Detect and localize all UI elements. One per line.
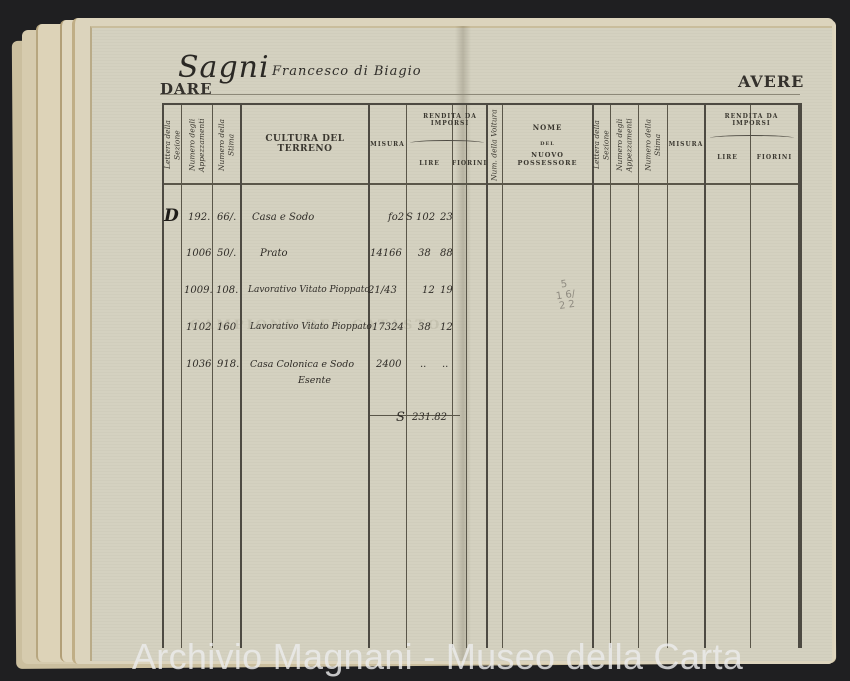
entry-lire: .. [420,359,426,370]
total-value: 231.82 [412,412,447,423]
entry-misura: 17324 [372,322,404,333]
entry-misura: 2400 [376,359,401,370]
entry-cultura: Casa Colonica e Sodo [250,359,354,370]
header-right-lire: LIRE [705,149,750,165]
entry-appezzamento: 1036 [186,359,211,370]
avere-heading: AVERE [738,72,804,91]
col-line [704,105,706,648]
col-line [406,105,407,648]
entry-fiorini: 23 [440,212,453,223]
entry-stima: 160 [217,322,236,333]
col-line [452,105,453,648]
entry-lire: S 102 [406,212,435,223]
entry-stima: 918. [217,359,239,370]
entry-stima: 66/. [217,212,236,223]
entry-cultura: Casa e Sodo [252,212,314,223]
header-right-lettera-sezione: Lettera della Sezione [593,109,610,181]
entry-appezzamento: 192. [188,212,210,223]
entry-sezione: D [164,206,179,226]
entry-appezzamento: 1009. [184,285,213,296]
dare-heading: DARE [160,80,213,98]
header-right-numero-stima: Numero della Stima [639,109,667,181]
header-del: DEL [503,139,592,149]
entry-lire: 12 [422,285,435,296]
header-lire: LIRE [407,153,452,173]
header-right-tilde-divider [710,135,794,141]
header-nuovo-possessore: NUOVO POSSESSORE [503,153,592,165]
entry-appezzamento: 1006 [186,248,211,259]
entry-fiorini: .. [442,359,448,370]
ledger-table: Lettera della Sezione Numero degli Appez… [162,103,802,648]
name-rule [160,94,800,95]
entry-fiorini: 88 [440,248,453,259]
col-line [592,105,594,648]
col-line [486,105,488,648]
header-numero-appezzamenti: Numero degli Appezzamenti [182,109,212,181]
col-line [240,105,242,648]
header-cultura-terreno: CULTURA DEL TERRENO [242,105,368,183]
col-line [798,105,800,648]
entry-misura: 21/43 [368,285,397,296]
entry-fiorini: 19 [440,285,453,296]
header-right-fiorini: FIORINI [751,149,798,165]
col-line [181,105,182,648]
col-line [638,105,639,648]
col-line [667,105,668,648]
header-lettera-sezione: Lettera della Sezione [164,109,181,181]
col-line [610,105,611,648]
owner-given-name: Francesco di Biagio [272,64,422,79]
header-right-misura: MISURA [668,105,704,183]
header-misura: MISURA [369,105,406,183]
entry-cultura-note: Esente [298,375,331,386]
header-tilde-divider [410,140,484,146]
entry-stima: 108. [216,285,238,296]
entry-lire: 38 [418,248,431,259]
col-line [466,105,467,648]
entry-misura: 14166 [370,248,402,259]
total-symbol: S [396,410,405,425]
entry-cultura: Lavorativo Vitato Pioppato [248,285,370,295]
entry-stima: 50/. [217,248,236,259]
col-line [750,105,751,648]
entry-misura: fo2 [388,212,404,223]
entry-cultura: Prato [260,248,288,259]
header-nome: NOME [503,121,592,133]
entry-cultura: Lavorativo Vitato Pioppato [250,322,372,332]
entry-fiorini: 12 [440,322,453,333]
header-numero-stima: Numero della Stima [213,109,240,181]
entry-lire: 38 [418,322,431,333]
header-right-rendita: RENDITA DA IMPORSI [705,113,798,127]
header-numero-voltura: Num. della Voltura [487,109,502,181]
entry-appezzamento: 1102 [186,322,211,333]
header-rendita: RENDITA DA IMPORSI [407,113,487,127]
pencil-annotation: 5 1 6/ 2 2 [554,279,577,313]
col-line [212,105,213,648]
header-fiorini: FIORINI [453,153,486,173]
archive-watermark: Archivio Magnani - Museo della Carta [132,636,743,678]
header-right-numero-appezzamenti: Numero degli Appezzamenti [611,109,638,181]
col-line [368,105,370,648]
col-line [502,105,503,648]
